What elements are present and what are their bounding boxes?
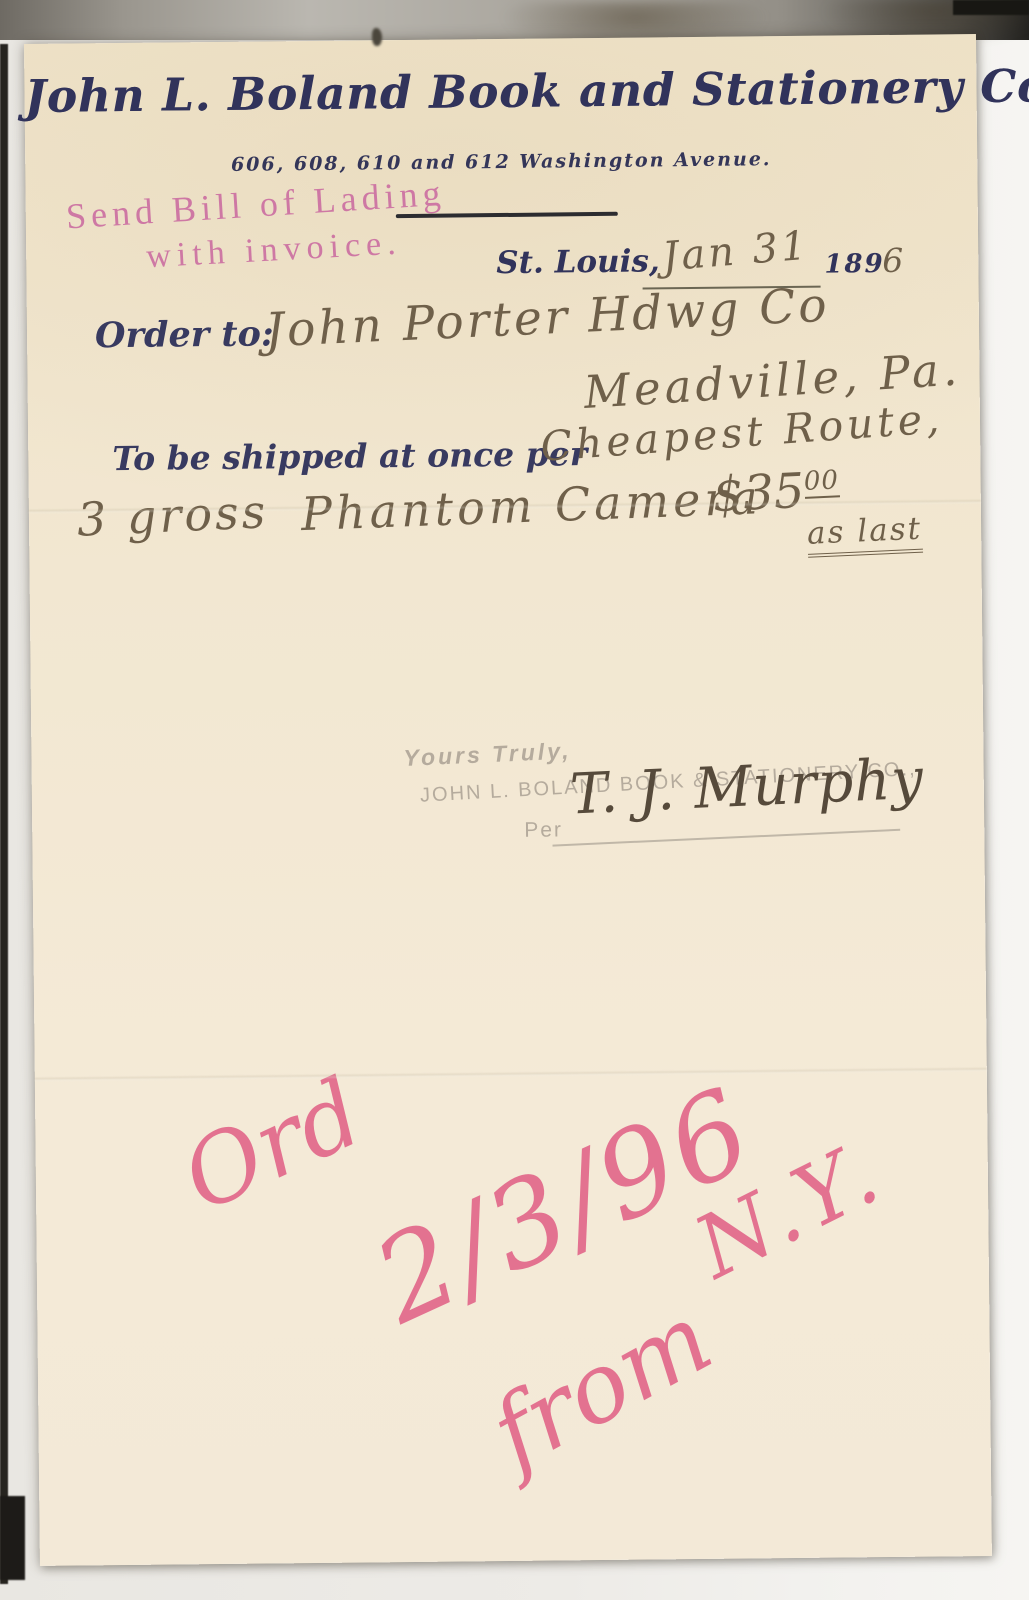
- per-signature-line: [552, 829, 900, 847]
- document-paper: John L. Boland Book and Stationery Co. 6…: [24, 34, 992, 1566]
- letterhead-company-name: John L. Boland Book and Stationery Co.: [24, 60, 977, 123]
- order-recipient: John Porter Hdwg Co: [264, 278, 831, 359]
- closing-stamp-salutation: Yours Truly,: [403, 737, 572, 772]
- letterhead-address: 606, 608, 610 and 612 Washington Avenue.: [25, 146, 977, 178]
- dateline-handwritten-date: Jan 31: [661, 223, 811, 281]
- price-note: as last: [806, 511, 923, 558]
- item-quantity: 3 gross: [76, 484, 269, 547]
- dateline-city: St. Louis,: [496, 243, 660, 281]
- handwritten-signature: T. J. Murphy: [569, 746, 926, 827]
- red-note-from: from: [473, 1282, 729, 1491]
- dateline-year-printed: 189: [824, 249, 885, 280]
- bill-of-lading-stamp-line2: with invoice.: [145, 225, 402, 277]
- ship-label: To be shipped at once per: [112, 434, 587, 478]
- price-dollars: 35: [742, 463, 806, 522]
- scanner-dark-edge: [0, 1496, 25, 1580]
- price-currency-sign: $: [712, 466, 745, 523]
- price-cents: 00: [803, 465, 840, 499]
- closing-stamp-per-label: Per: [524, 818, 563, 842]
- dateline-year-digit: 6: [882, 241, 903, 280]
- red-note-ord: Ord: [167, 1058, 378, 1233]
- order-to-label: Order to:: [95, 313, 274, 356]
- fold-crease: [35, 1068, 987, 1081]
- scanned-document: John L. Boland Book and Stationery Co. 6…: [0, 0, 1029, 1600]
- paper-tear-mark: [372, 28, 382, 46]
- scanner-dark-edge: [0, 44, 8, 1584]
- item-price: $3500: [712, 461, 841, 523]
- scanner-dark-edge: [953, 0, 1029, 15]
